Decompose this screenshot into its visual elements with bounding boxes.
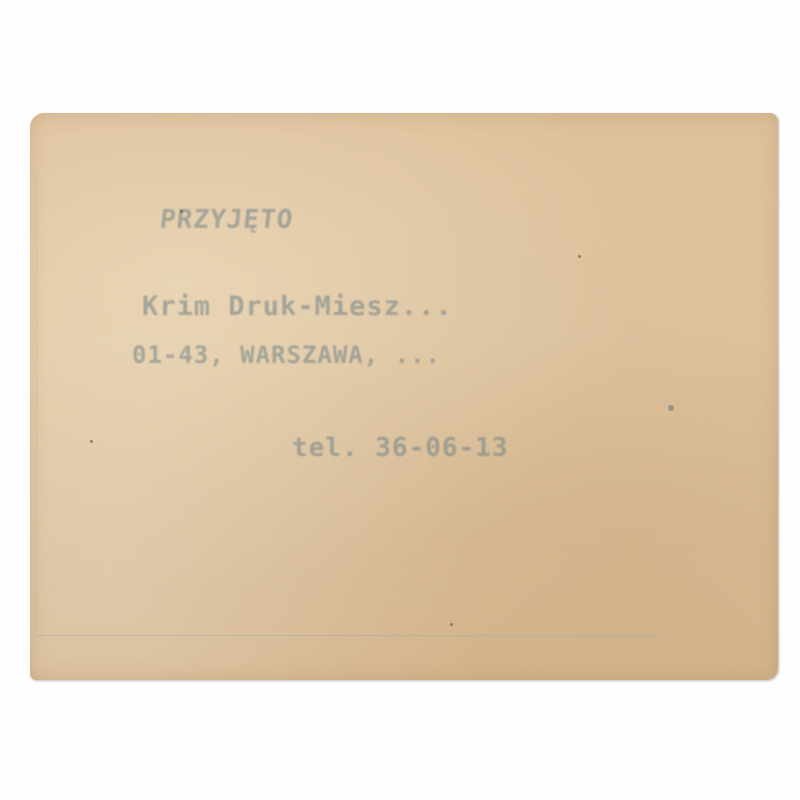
paper-speck (578, 255, 581, 258)
stamp-line-3: 01-43, WARSZAWA, ... (132, 341, 441, 369)
paper-speck (180, 210, 183, 213)
paper-card: PRZYJĘTO Krim Druk-Miesz... 01-43, WARSZ… (30, 113, 778, 680)
printed-border-left (36, 173, 37, 635)
stamp-line-2: Krim Druk-Miesz... (142, 291, 453, 322)
printed-border-bottom (36, 635, 658, 636)
ink-spot (668, 405, 674, 411)
stamp-line-4-phone: tel. 36-06-13 (292, 433, 509, 463)
paper-speck (450, 623, 453, 626)
stamp-line-1: PRZYJĘTO (158, 205, 294, 235)
paper-speck (90, 440, 93, 443)
